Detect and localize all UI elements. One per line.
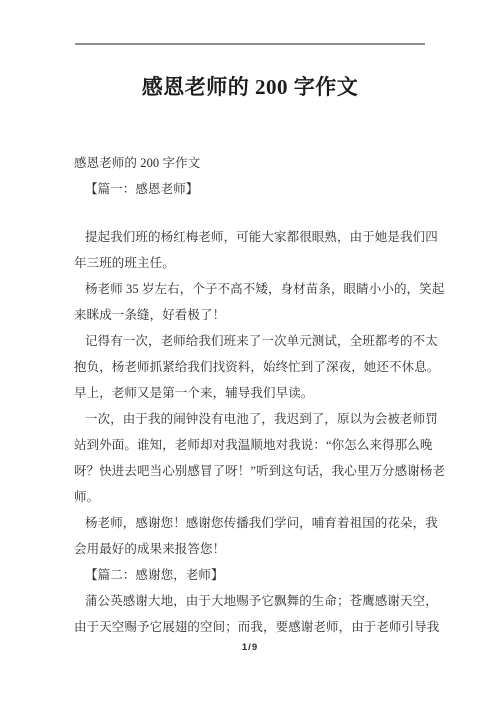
body-line: 杨老师，感谢您！感谢您传播我们学问，哺育着祖国的花朵，我	[74, 510, 426, 536]
page-number: 1/9	[0, 642, 500, 653]
body-line: 提起我们班的杨红梅老师，可能大家都很眼熟，由于她是我们四	[74, 224, 426, 250]
body-line: 蒲公英感谢大地，由于大地赐予它飘舞的生命；苍鹰感谢天空，	[74, 588, 426, 614]
body-line: 呀？快进去吧当心别感冒了呀！”听到这句话，我心里万分感谢杨老	[74, 458, 426, 484]
body-line: 来眯成一条缝，好看极了！	[74, 302, 426, 328]
body-line: 由于天空赐予它展翅的空间；而我，要感谢老师，由于老师引导我	[74, 614, 426, 640]
document-page: 感恩老师的 200 字作文 感恩老师的 200 字作文【篇一：感恩老师】提起我们…	[0, 0, 500, 707]
document-body: 感恩老师的 200 字作文【篇一：感恩老师】提起我们班的杨红梅老师，可能大家都很…	[74, 150, 426, 640]
body-line: 会用最好的成果来报答您！	[74, 536, 426, 562]
title-divider-rule	[75, 43, 425, 45]
body-line: 【篇一：感恩老师】	[74, 176, 426, 202]
body-line: 年三班的班主任。	[74, 250, 426, 276]
body-line: 师。	[74, 484, 426, 510]
body-line: 抱负，杨老师抓紧给我们找资料，始终忙到了深夜，她还不休息。	[74, 354, 426, 380]
body-line: 站到外面。谁知，老师却对我温顺地对我说：“你怎么来得那么晚	[74, 432, 426, 458]
document-title: 感恩老师的 200 字作文	[0, 72, 500, 102]
body-line: 早上，老师又是第一个来，辅导我们早读。	[74, 380, 426, 406]
body-line: 一次，由于我的闹钟没有电池了，我迟到了，原以为会被老师罚	[74, 406, 426, 432]
body-line: 杨老师 35 岁左右，个子不高不矮，身材苗条，眼睛小小的，笑起	[74, 276, 426, 302]
body-line: 感恩老师的 200 字作文	[74, 150, 426, 176]
body-line: 【篇二：感谢您，老师】	[74, 562, 426, 588]
body-line: 记得有一次，老师给我们班来了一次单元测试，全班都考的不太	[74, 328, 426, 354]
